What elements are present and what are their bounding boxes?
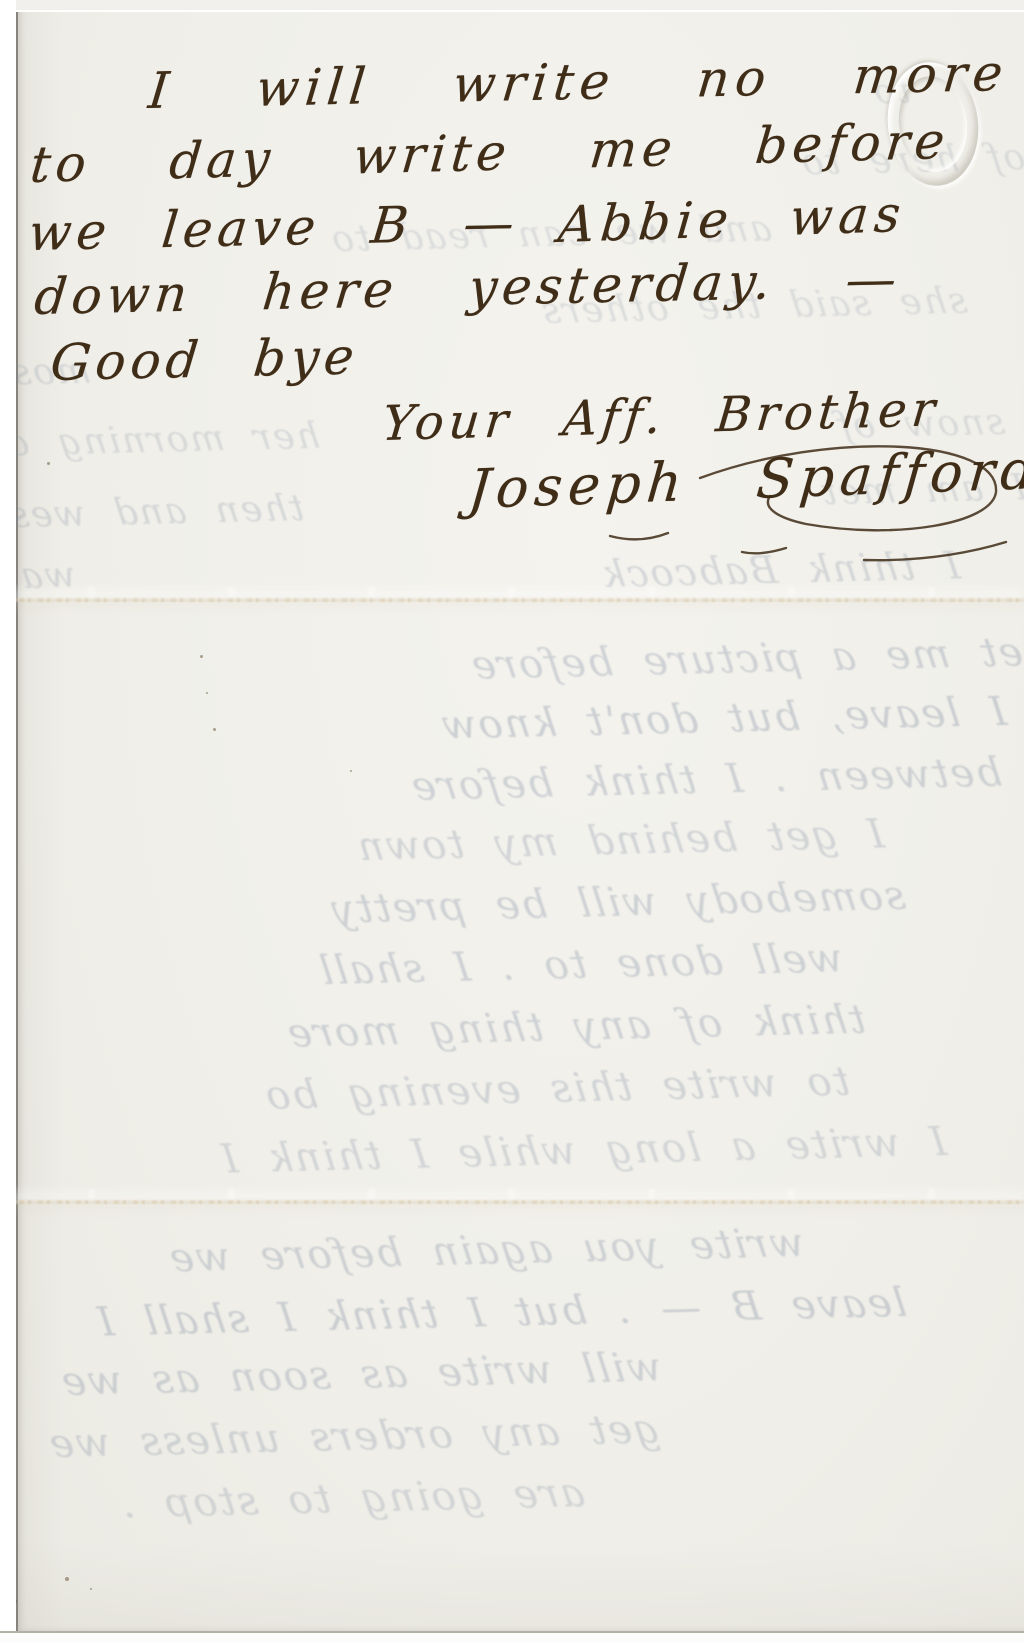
handwriting-line: we leave B — (26, 196, 522, 261)
scanned-letter-page: toof here toand we can read toshe said t… (0, 0, 1024, 1643)
ink-speck (213, 728, 216, 731)
ink-speck (206, 692, 208, 694)
ink-speck (350, 770, 352, 772)
ink-speck (90, 1588, 92, 1590)
fold-crease (0, 598, 1024, 602)
scanner-edge-top (0, 0, 1024, 12)
ink-speck (65, 1577, 69, 1581)
bleedthrough-line: then and west (0, 488, 306, 537)
ink-speck (200, 655, 203, 658)
scanner-margin-left (0, 0, 16, 1643)
fold-crease (0, 1200, 1024, 1204)
handwriting-line: Good bye (48, 329, 361, 391)
paper-bottom-edge (0, 1631, 1024, 1643)
handwriting-line: Abbie was (556, 187, 909, 253)
bleedthrough-line: her morning of (0, 416, 322, 465)
ink-speck (47, 462, 50, 465)
